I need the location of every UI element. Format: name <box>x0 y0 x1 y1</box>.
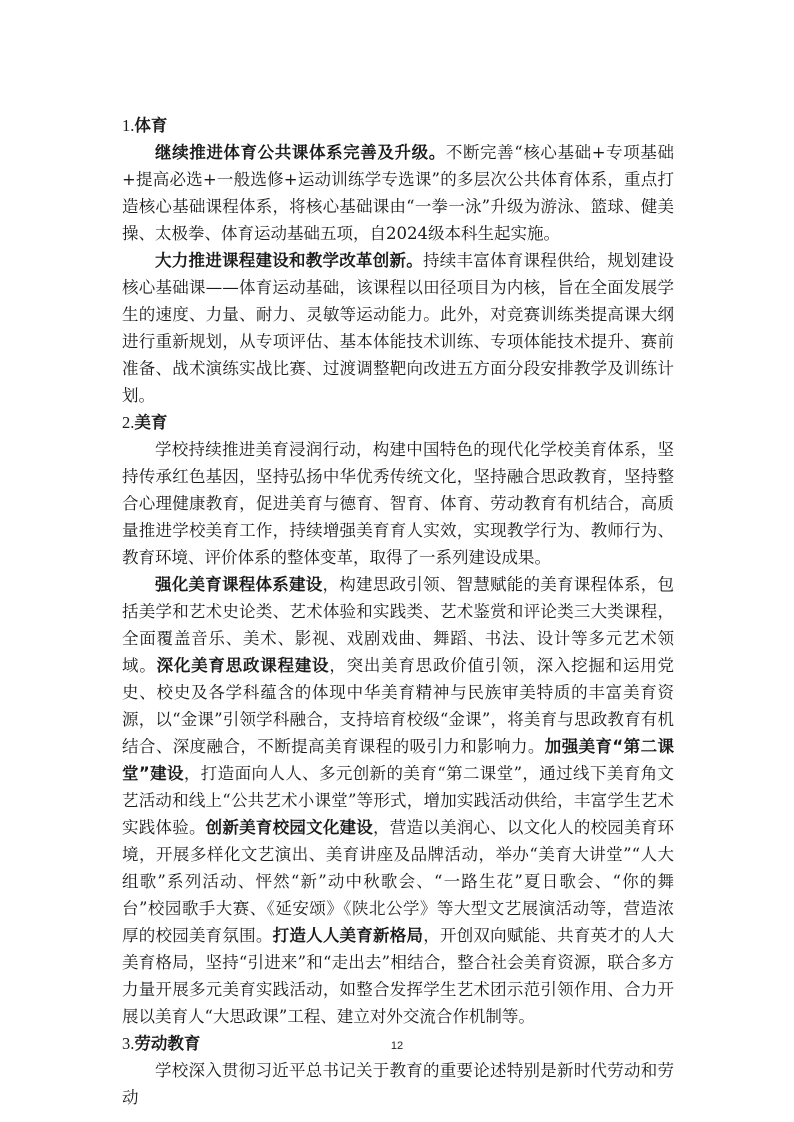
paragraph: 大力推进课程建设和教学改革创新。持续丰富体育课程供给，规划建设核心基础课——体育… <box>122 247 674 409</box>
paragraph: 学校深入贯彻习近平总书记关于教育的重要论述特别是新时代劳动和劳动 <box>122 1057 674 1111</box>
section-heading-physical-education: 1.体育 <box>122 112 674 139</box>
section-heading-aesthetic-education: 2.美育 <box>122 409 674 436</box>
section-title: 美育 <box>134 413 167 432</box>
paragraph: 强化美育课程体系建设，构建思政引领、智慧赋能的美育课程体系，包括美学和艺术史论类… <box>122 571 674 1030</box>
paragraph-text: 学校深入贯彻习近平总书记关于教育的重要论述特别是新时代劳动和劳动 <box>122 1061 674 1107</box>
section-number: 2. <box>122 413 134 432</box>
section-title: 体育 <box>134 116 167 135</box>
bold-lead: 强化美育课程体系建设 <box>155 575 323 594</box>
paragraph-text: 持续丰富体育课程供给，规划建设核心基础课——体育运动基础，该课程以田径项目为内核… <box>122 251 674 405</box>
page-number: 12 <box>0 1040 794 1052</box>
paragraph: 学校持续推进美育浸润行动，构建中国特色的现代化学校美育体系，坚持传承红色基因，坚… <box>122 436 674 571</box>
bold-lead: 继续推进体育公共课体系完善及升级。 <box>155 143 446 162</box>
bold-lead: 大力推进课程建设和教学改革创新。 <box>155 251 423 270</box>
bold-lead: 打造人人美育新格局 <box>273 926 424 945</box>
section-number: 1. <box>122 116 134 135</box>
bold-lead: 创新美育校园文化建设 <box>206 818 373 837</box>
bold-lead: 深化美育思政课程建设 <box>157 656 330 675</box>
paragraph-text: 学校持续推进美育浸润行动，构建中国特色的现代化学校美育体系，坚持传承红色基因，坚… <box>122 440 674 567</box>
document-page: 1.体育 继续推进体育公共课体系完善及升级。不断完善“核心基础+专项基础+提高必… <box>122 112 674 1111</box>
paragraph: 继续推进体育公共课体系完善及升级。不断完善“核心基础+专项基础+提高必选+一般选… <box>122 139 674 247</box>
